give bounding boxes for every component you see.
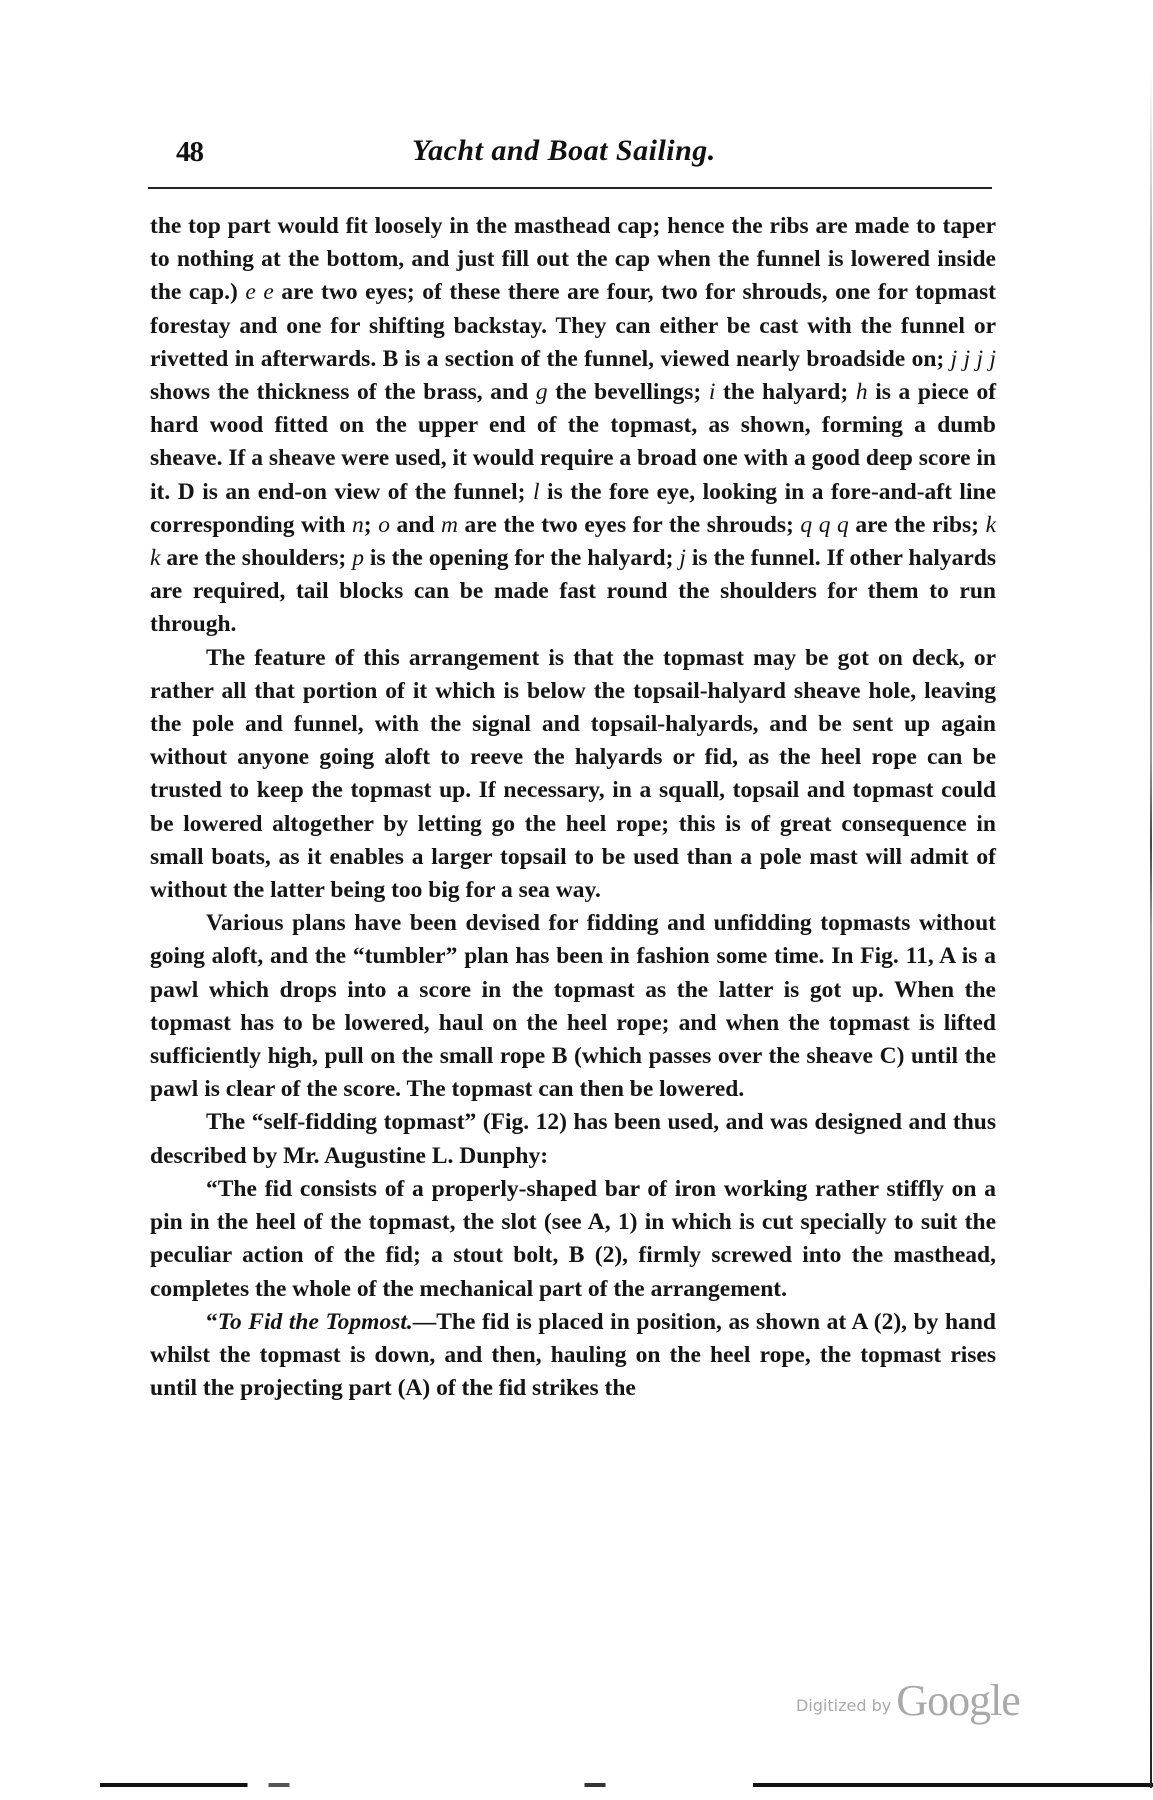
text-run: shows the thickness of the brass, and bbox=[150, 379, 536, 405]
text-run: The feature of this arrangement is that … bbox=[150, 645, 996, 903]
page-header: 48 Yacht and Boat Sailing. bbox=[150, 128, 992, 178]
text-run: are the two eyes for the shrouds; bbox=[458, 512, 800, 538]
scan-bottom-edge bbox=[100, 1783, 1153, 1787]
figure-label: g bbox=[536, 379, 548, 405]
text-run: “The fid consists of a properly-shaped b… bbox=[150, 1176, 996, 1302]
paragraph: the top part would fit loosely in the ma… bbox=[150, 210, 996, 642]
text-run: “ bbox=[206, 1309, 218, 1335]
body-text: the top part would fit loosely in the ma… bbox=[150, 210, 996, 1405]
figure-label: h bbox=[856, 379, 868, 405]
paragraph: “To Fid the Topmost.—The fid is placed i… bbox=[150, 1306, 996, 1406]
figure-label: m bbox=[441, 512, 458, 538]
header-rule bbox=[148, 187, 992, 189]
google-logo-text: Google bbox=[896, 1676, 1020, 1725]
figure-label: p bbox=[352, 545, 364, 571]
watermark-prefix: Digitized by bbox=[796, 1696, 891, 1715]
paragraph: “The fid consists of a properly-shaped b… bbox=[150, 1173, 996, 1306]
text-run: and bbox=[390, 512, 441, 538]
figure-label: j j j j bbox=[951, 346, 996, 372]
text-run: is the opening for the halyard; bbox=[364, 545, 679, 571]
text-run: are the shoulders; bbox=[160, 545, 352, 571]
text-run: the halyard; bbox=[715, 379, 855, 405]
figure-label: o bbox=[378, 512, 390, 538]
figure-label: To Fid the Topmost. bbox=[218, 1309, 413, 1335]
paragraph: The feature of this arrangement is that … bbox=[150, 642, 996, 908]
text-run: are the ribs; bbox=[849, 512, 986, 538]
text-run: Various plans have been devised for fidd… bbox=[150, 910, 996, 1102]
text-run: are two eyes; of these there are four, t… bbox=[150, 279, 996, 371]
running-title: Yacht and Boat Sailing. bbox=[412, 134, 716, 168]
paragraph: Various plans have been devised for fidd… bbox=[150, 907, 996, 1106]
figure-label: e e bbox=[245, 279, 273, 305]
book-page: 48 Yacht and Boat Sailing. the top part … bbox=[0, 0, 1153, 1800]
text-run: the bevellings; bbox=[548, 379, 709, 405]
text-run: The “self-fidding topmast” (Fig. 12) has… bbox=[150, 1109, 996, 1168]
scan-right-edge bbox=[1150, 70, 1152, 1788]
page-number: 48 bbox=[176, 136, 203, 169]
text-run: ; bbox=[364, 512, 378, 538]
figure-label: q q q bbox=[800, 512, 848, 538]
google-watermark: Digitized by Google bbox=[796, 1675, 1020, 1726]
figure-label: n bbox=[352, 512, 364, 538]
paragraph: The “self-fidding topmast” (Fig. 12) has… bbox=[150, 1106, 996, 1172]
